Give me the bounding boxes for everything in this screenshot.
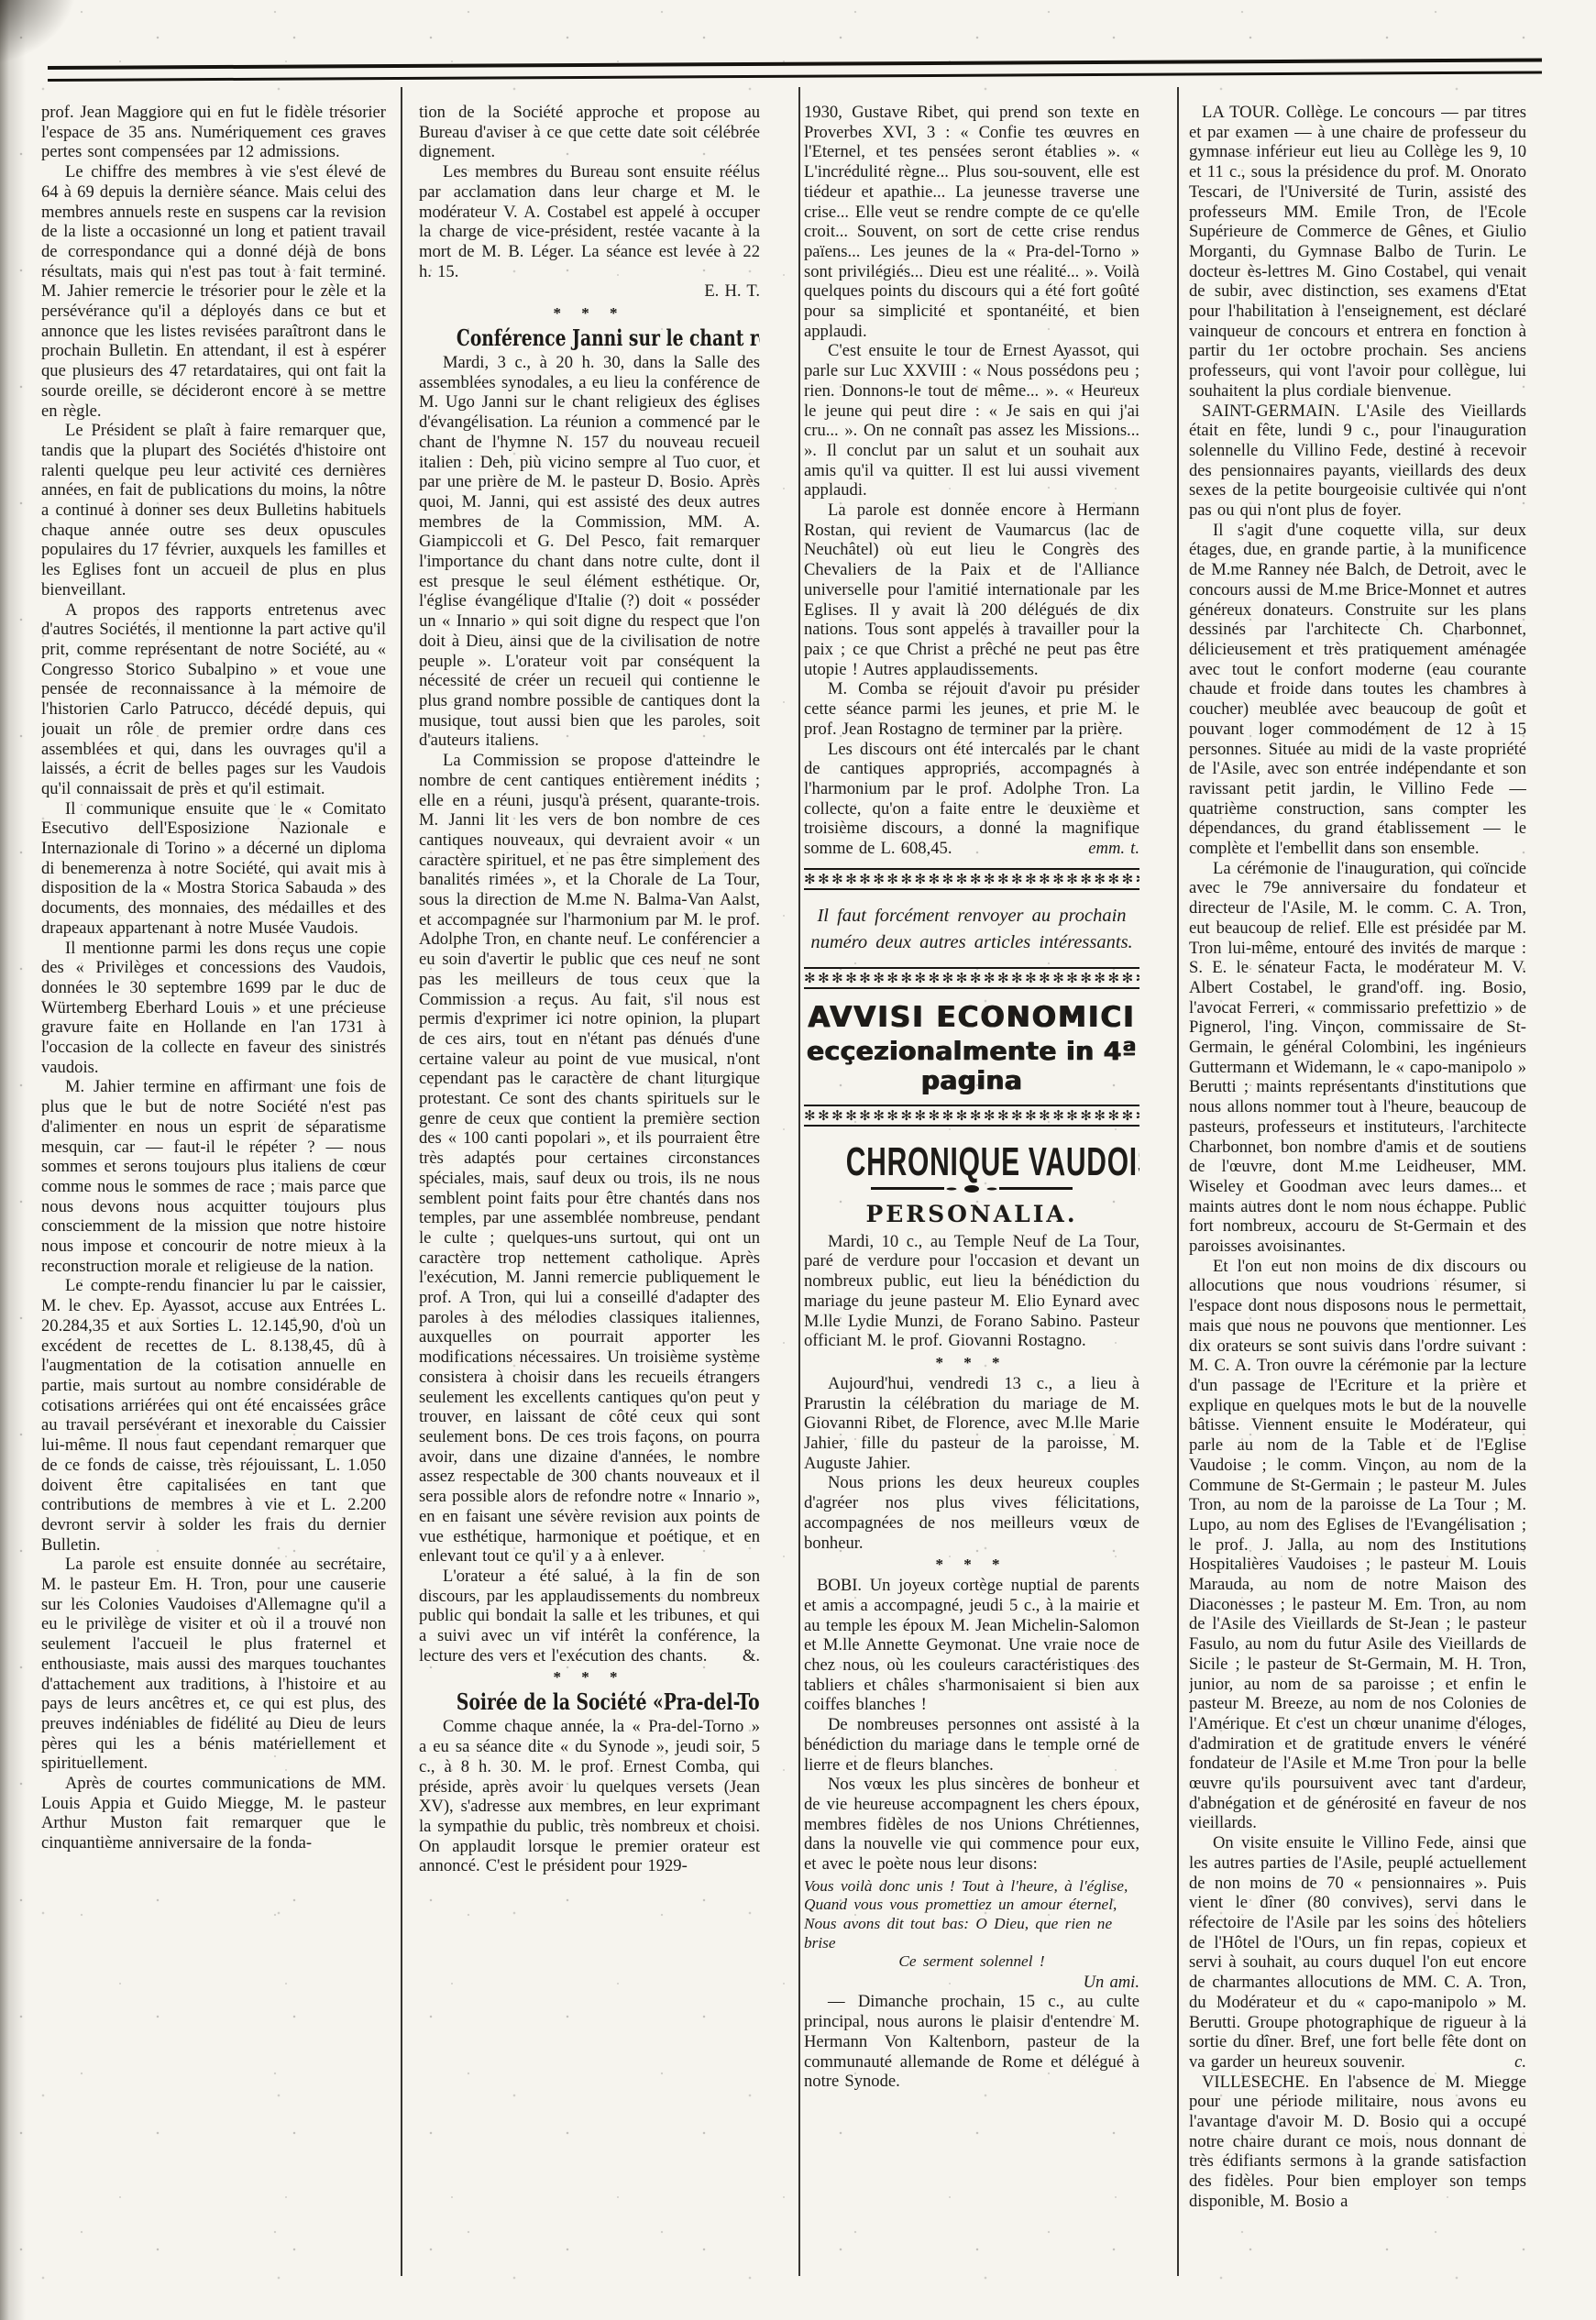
stars-separator: * * *: [804, 1556, 1139, 1574]
paragraph: SAINT-GERMAIN. L'Asile des Vieillards ét…: [1189, 401, 1526, 521]
paragraph: Nous prions les deux heureux couples d'a…: [804, 1473, 1139, 1553]
author-initials: c.: [1505, 2052, 1526, 2073]
paragraph: L'orateur a été salué, à la fin de son d…: [419, 1567, 760, 1666]
column-4: LA TOUR. Collège. Le concours — par titr…: [1189, 103, 1526, 2289]
paragraph: C'est ensuite le tour de Ernest Ayassot,…: [804, 341, 1139, 500]
paragraph: Mardi, 3 c., à 20 h. 30, dans la Salle d…: [419, 353, 760, 751]
paragraph: Le chiffre des membres à vie s'est élevé…: [41, 162, 386, 421]
paragraph: Il s'agit d'une coquette villa, sur deux…: [1189, 521, 1526, 859]
column-rule-1: [401, 87, 402, 2276]
column-3: 1930, Gustave Ribet, qui prend son texte…: [804, 103, 1139, 2289]
paragraph: Aujourd'hui, vendredi 13 c., a lieu à Pr…: [804, 1374, 1139, 1474]
poem-line: Ce serment solennel !: [804, 1952, 1139, 1972]
stars-separator: * * *: [419, 1668, 760, 1687]
paragraph: Et l'on eut non moins de dix discours ou…: [1189, 1257, 1526, 1833]
poem-line: Nous avons dit tout bas: O Dieu, que rie…: [804, 1915, 1139, 1952]
paragraph: La parole est donnée encore à Hermann Ro…: [804, 500, 1139, 679]
paragraph: Il mentionne parmi les dons reçus une co…: [41, 939, 386, 1078]
paragraph-text: On visite ensuite le Villino Fede, ainsi…: [1189, 1833, 1526, 2072]
paragraph: tion de la Société approche et propose a…: [419, 103, 760, 162]
paragraph: Les membres du Bureau sont ensuite réélu…: [419, 162, 760, 281]
avvisi-line-1: AVVISI ECONOMICI: [804, 1002, 1139, 1033]
newspaper-page: prof. Jean Maggiore qui en fut le fidèle…: [0, 0, 1596, 2320]
paragraph: Nos vœux les plus sincères de bonheur et…: [804, 1775, 1139, 1875]
paragraph: De nombreuses personnes ont assisté à la…: [804, 1715, 1139, 1775]
paragraph: 1930, Gustave Ribet, qui prend son texte…: [804, 103, 1139, 341]
paragraph: La parole est ensuite donnée au secrétai…: [41, 1555, 386, 1774]
paragraph-text: L'orateur a été salué, à la fin de son d…: [419, 1567, 760, 1666]
stars-separator: * * *: [804, 1354, 1139, 1372]
paragraph: M. Jahier termine en affirmant une fois …: [41, 1077, 386, 1276]
column-rule-2: [798, 87, 800, 2276]
author-initials: E. H. T.: [419, 281, 760, 302]
paragraph: Après de courtes communications de MM. L…: [41, 1774, 386, 1853]
paragraph: Il communique ensuite que le « Comitato …: [41, 799, 386, 939]
author-signature: Un ami.: [804, 1973, 1139, 1993]
article-heading-janni: Conférence Janni sur le chant religieux.: [457, 326, 722, 350]
paragraph: VILLESECHE. En l'absence de M. Miegge po…: [1189, 2073, 1526, 2212]
paragraph: LA TOUR. Collège. Le concours — par titr…: [1189, 103, 1526, 401]
ornament-band: ✻✻✻✻✻✻✻✻✻✻✻✻✻✻✻✻✻✻✻✻✻✻✻✻✻: [804, 1105, 1139, 1127]
paragraph: BOBI. Un joyeux cortège nuptial de paren…: [804, 1576, 1139, 1715]
poem-line: Vous voilà donc unis ! Tout à l'heure, à…: [804, 1877, 1139, 1897]
personalia-header: PERSONALIA.: [804, 1202, 1139, 1226]
column-2: tion de la Société approche et propose a…: [419, 103, 760, 2289]
ornament-divider: [871, 1185, 1073, 1193]
column-rule-3: [1177, 87, 1179, 2276]
paragraph: prof. Jean Maggiore qui en fut le fidèle…: [41, 103, 386, 162]
paragraph: A propos des rapports entretenus avec d'…: [41, 600, 386, 799]
avvisi-economici-header: AVVISI ECONOMICI ecçezionalmente in 4ª p…: [804, 1002, 1139, 1095]
masthead-rule-bottom: [48, 71, 1542, 82]
article-heading-soiree: Soirée de la Société «Pra-del-Torno».: [457, 1690, 722, 1714]
editor-notice: Il faut forcément renvoyer au prochain n…: [804, 903, 1139, 956]
column-1: prof. Jean Maggiore qui en fut le fidèle…: [41, 103, 386, 2289]
paragraph: La cérémonie de l'inauguration, qui coïn…: [1189, 859, 1526, 1257]
paragraph: Le Président se plaît à faire remarquer …: [41, 421, 386, 599]
ornament-band: ✻✻✻✻✻✻✻✻✻✻✻✻✻✻✻✻✻✻✻✻✻✻✻✻✻: [804, 967, 1139, 989]
wedding-poem: Vous voilà donc unis ! Tout à l'heure, à…: [804, 1877, 1139, 1972]
author-initials: &.: [733, 1646, 760, 1666]
paragraph: Comme chaque année, la « Pra-del-Torno »…: [419, 1717, 760, 1876]
masthead-rule-top: [48, 58, 1542, 70]
paragraph: On visite ensuite le Villino Fede, ainsi…: [1189, 1833, 1526, 2072]
poem-line: Quand vous vous promettiez un amour éter…: [804, 1896, 1139, 1915]
ornament-band: ✻✻✻✻✻✻✻✻✻✻✻✻✻✻✻✻✻✻✻✻✻✻✻✻✻: [804, 868, 1139, 890]
paragraph: La Commission se propose d'atteindre le …: [419, 751, 760, 1567]
chronique-vaudoise-header: CHRONIQUE VAUDOISE: [846, 1141, 1098, 1182]
stars-separator: * * *: [419, 304, 760, 323]
avvisi-line-2: ecçezionalmente in 4ª pagina: [804, 1037, 1139, 1095]
ornament-dot: [964, 1185, 979, 1193]
paragraph: Mardi, 10 c., au Temple Neuf de La Tour,…: [804, 1232, 1139, 1351]
paragraph: M. Comba se réjouit d'avoir pu présider …: [804, 679, 1139, 739]
paragraph: Les discours ont été intercalés par le c…: [804, 740, 1139, 859]
author-initials: emm. t.: [1079, 839, 1139, 859]
paragraph: — Dimanche prochain, 15 c., au culte pri…: [804, 1992, 1139, 2092]
paragraph: Le compte-rendu financier lu par le cais…: [41, 1276, 386, 1555]
